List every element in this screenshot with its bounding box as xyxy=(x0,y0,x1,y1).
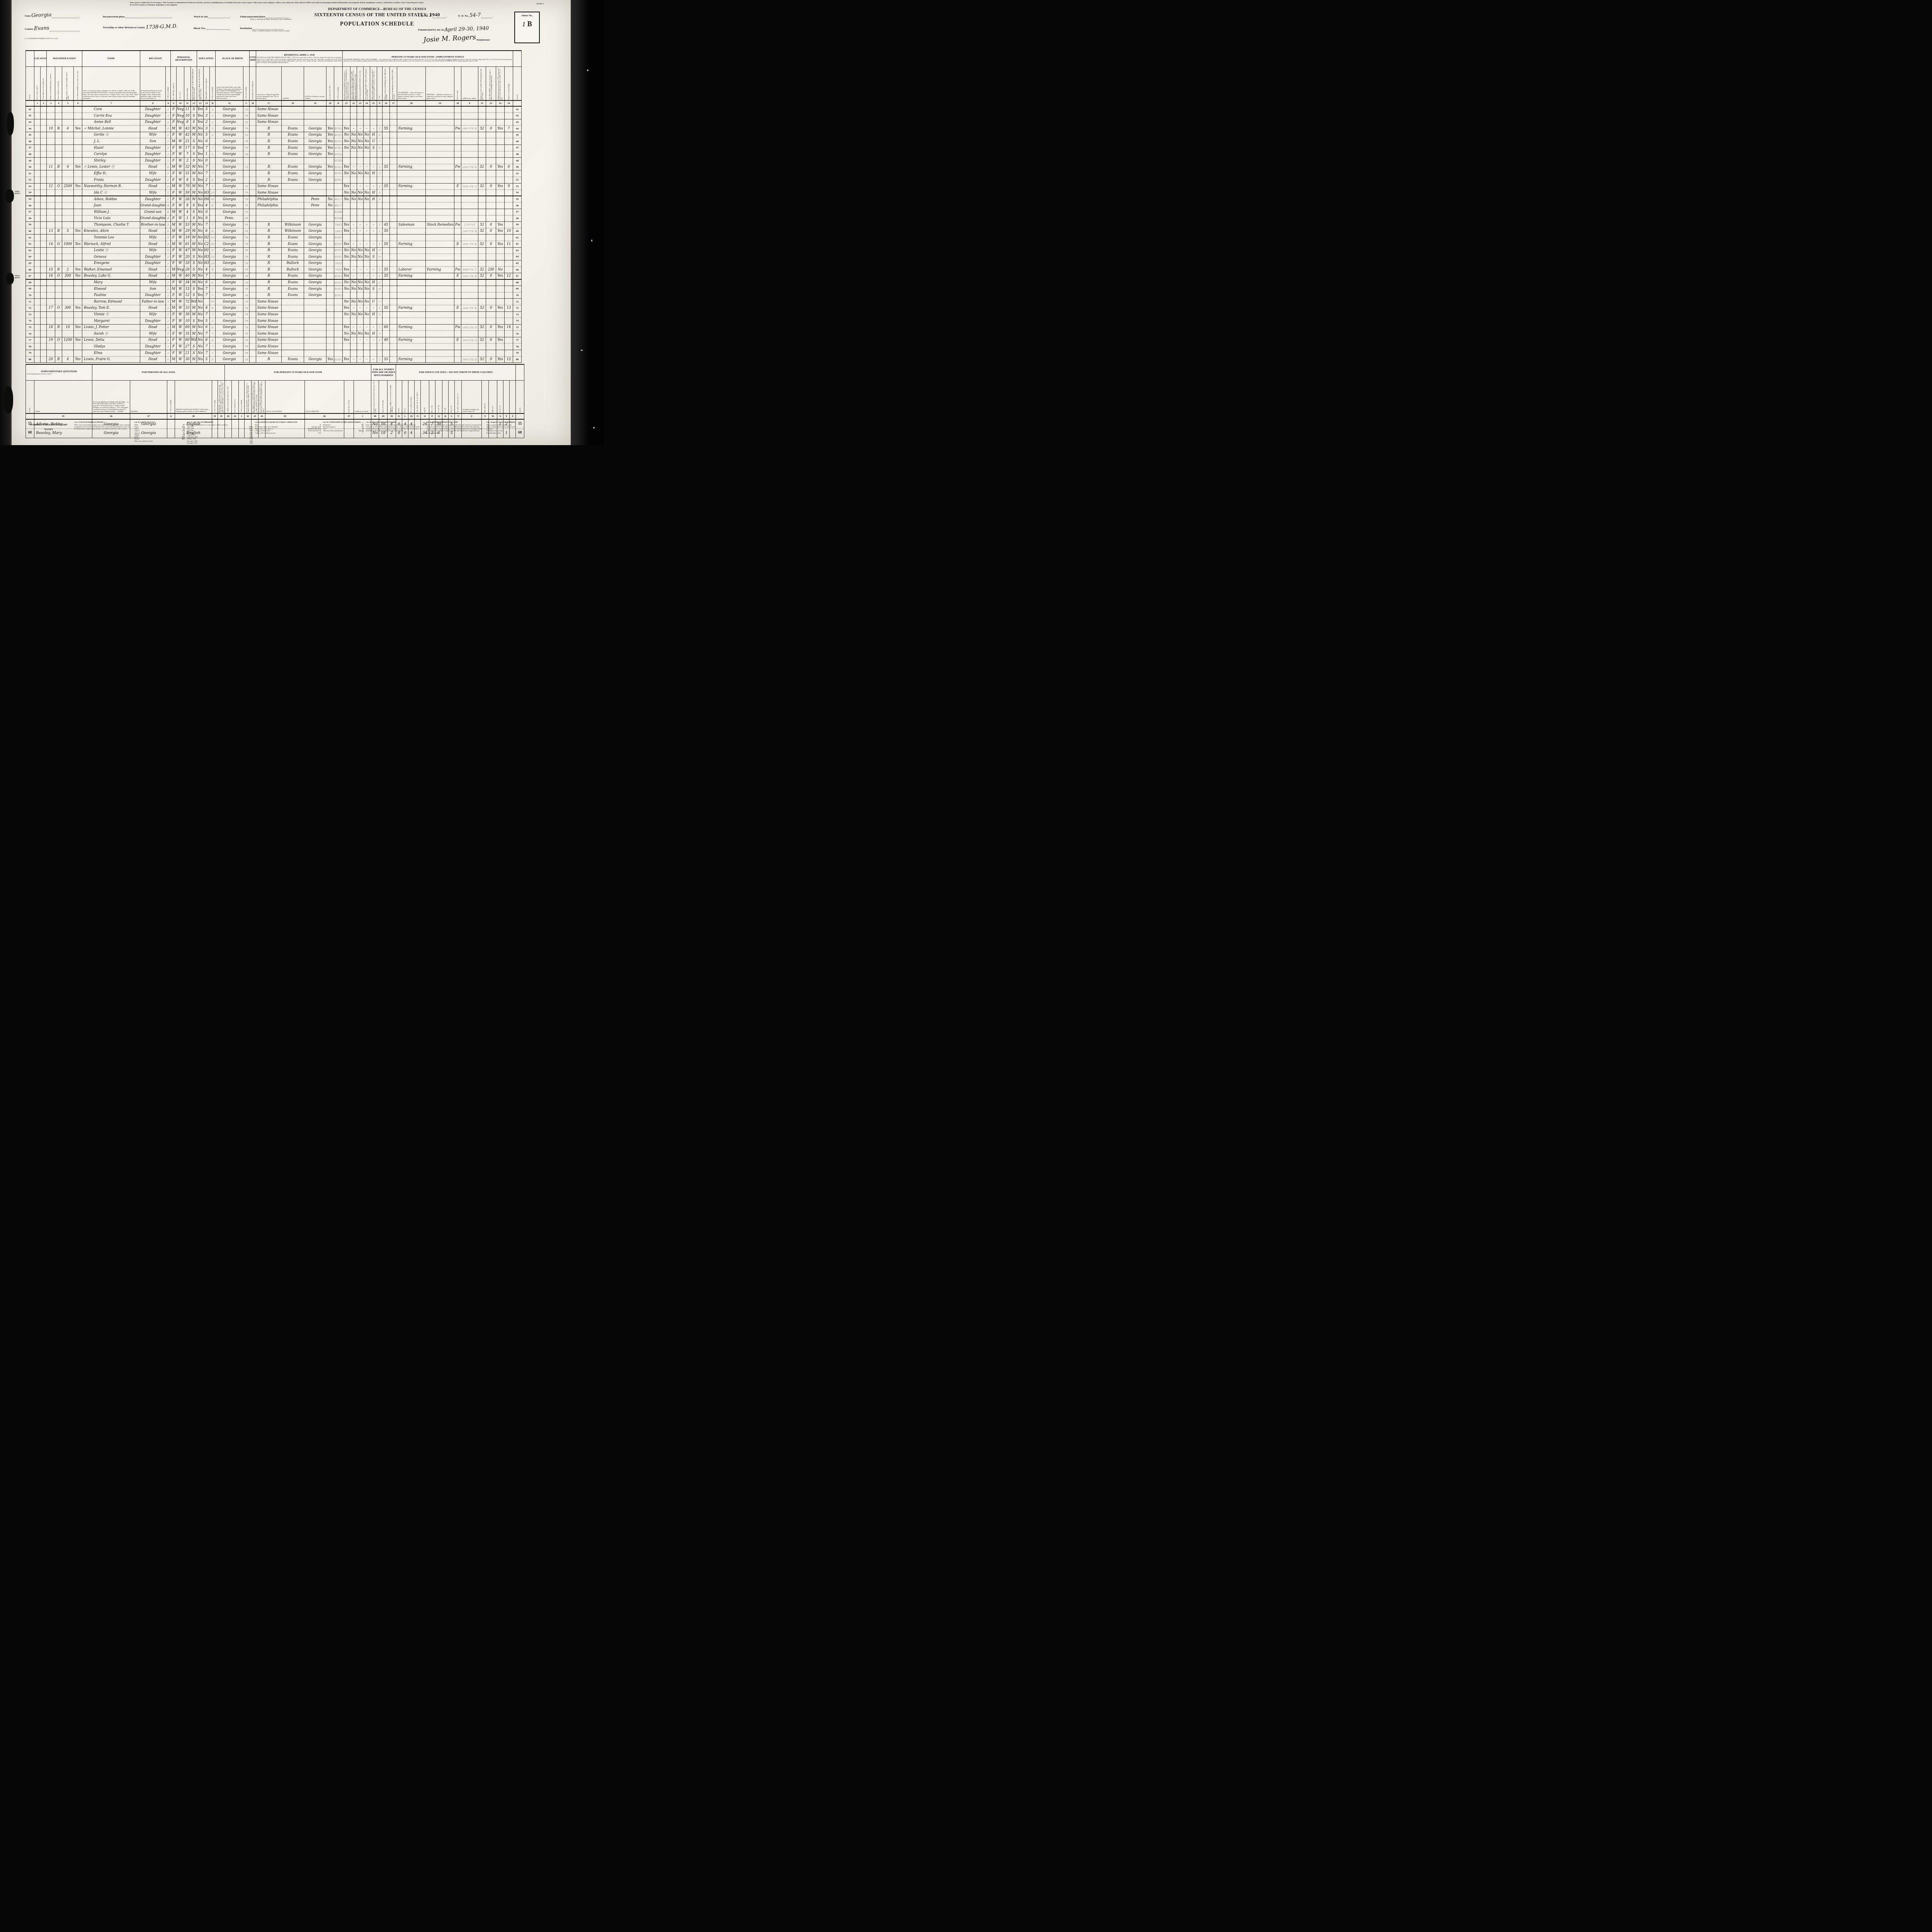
cell-cF: 270701 xyxy=(461,222,478,228)
cell-hh xyxy=(47,286,55,293)
cell-name: Beasley, Tom E. xyxy=(82,305,140,311)
cell-hh xyxy=(47,209,55,216)
cell-fs xyxy=(505,202,513,209)
cell-ten xyxy=(55,151,62,158)
cell-bpc: 78 xyxy=(243,138,250,145)
column-desc-s42: SOCIAL SECURITY — Does this person have … xyxy=(245,381,252,414)
cell-house xyxy=(41,138,47,145)
cell-rD xyxy=(334,305,343,311)
cell-wE xyxy=(377,113,383,119)
column-number-22: 22 xyxy=(350,100,357,106)
cell-r18 xyxy=(282,299,304,305)
cell-relc: 2 xyxy=(166,145,171,151)
cell-rD: 7843 xyxy=(334,222,343,228)
cell-occ xyxy=(397,106,426,113)
cell-inc xyxy=(496,215,505,222)
cell-name: Lewis, Fraire G. xyxy=(82,356,140,363)
enumeration-date-field: Enumerated by me on April 29-30, 1940 xyxy=(418,26,489,32)
cell-lnr: 44 xyxy=(513,126,522,132)
cell-inc: Yes xyxy=(496,228,505,235)
cell-w24: – xyxy=(364,126,370,132)
cell-cF xyxy=(461,202,478,209)
cell-ten: O xyxy=(55,273,62,279)
cell-cit xyxy=(250,286,256,293)
cell-r19: Georgia xyxy=(304,279,327,286)
column-desc-m49: Age at first marriage xyxy=(379,381,388,414)
cell-hrs xyxy=(383,344,390,350)
unincorporated-label: Unincorporated place xyxy=(240,15,265,18)
cell-val xyxy=(62,299,74,305)
cell-w24: – xyxy=(364,324,370,331)
cell-relc: 2 xyxy=(166,106,171,113)
cell-bpc: 78 xyxy=(243,228,250,235)
cell-w24 xyxy=(364,215,370,222)
cell-grdc: 4 xyxy=(210,202,216,209)
cell-cit xyxy=(250,222,256,228)
cell-bpc: 58 xyxy=(243,215,250,222)
column-desc-rel: Relationship of this person to the head … xyxy=(140,67,166,101)
column-number-45: 45 xyxy=(265,413,305,419)
cell-ten xyxy=(55,202,62,209)
cell-r18: Evans xyxy=(282,241,304,247)
cell-w21: Yes xyxy=(343,164,350,170)
cell-rD: 7843 xyxy=(334,228,343,235)
cell-w24: No xyxy=(364,286,370,293)
cell-sex: M xyxy=(171,305,177,311)
cell-name: J. L. xyxy=(82,138,140,145)
cell-cF xyxy=(461,350,478,357)
cell-mar: S xyxy=(191,145,197,151)
cell-occ xyxy=(397,158,426,164)
column-number-24: 24 xyxy=(364,100,370,106)
scan-speck xyxy=(587,70,588,71)
cell-age: 29 xyxy=(184,228,191,235)
cell-ind xyxy=(426,202,454,209)
cell-wks xyxy=(478,318,486,325)
cell-w22 xyxy=(350,151,357,158)
column-number-40: 40 xyxy=(225,413,232,419)
cell-age: 20 xyxy=(184,254,191,260)
cell-sch: No xyxy=(197,311,204,318)
cell-bp: Georgia xyxy=(216,331,243,337)
cell-w24 xyxy=(364,151,370,158)
cell-col: W xyxy=(177,305,184,311)
cell-bpc: 78 xyxy=(243,267,250,273)
cell-r19: Georgia xyxy=(304,260,327,267)
cell-wE xyxy=(377,235,383,241)
cell-w25: – xyxy=(370,305,377,311)
cell-sex: M xyxy=(171,286,177,293)
cell-ten xyxy=(55,299,62,305)
column-number-A: A xyxy=(166,100,171,106)
cell-r18 xyxy=(282,305,304,311)
scan-blot xyxy=(4,386,13,413)
cell-bpc xyxy=(243,170,250,177)
cell-occ xyxy=(397,177,426,184)
cell-farm xyxy=(74,209,82,216)
record-row-47: 47HazelDaughter2FW17SYes77Georgia78REvan… xyxy=(26,145,522,151)
cell-col: Neg xyxy=(177,119,184,126)
cell-relc: 4 xyxy=(166,209,171,216)
cell-cls: Pw xyxy=(454,222,461,228)
cell-wE xyxy=(377,209,383,216)
cell-sex: M xyxy=(171,138,177,145)
cell-wks xyxy=(478,196,486,202)
column-desc-col: Color or race xyxy=(177,67,184,101)
cell-col: W xyxy=(177,356,184,363)
cell-inc xyxy=(496,177,505,184)
column-desc-Z xyxy=(510,381,516,414)
cell-rel: Head xyxy=(140,305,166,311)
cell-w23: No xyxy=(357,170,364,177)
cell-dur xyxy=(390,247,397,254)
cell-rD xyxy=(334,113,343,119)
cell-rel: Daughter xyxy=(140,106,166,113)
record-row-60: 6013R5YesKnowles, AltonHead0MW29MNo66Geo… xyxy=(26,228,522,235)
cell-ln: 56 xyxy=(26,202,34,209)
cell-name: ✓ Mitchel, Lonnie xyxy=(82,126,140,132)
cell-lnr: 62 xyxy=(513,241,522,247)
group-header: RESIDENCE, APRIL 1, 1935IN WHAT PLACE DI… xyxy=(256,51,343,67)
cell-r20 xyxy=(327,158,334,164)
cell-ind xyxy=(426,190,454,196)
cell-mar: S xyxy=(191,202,197,209)
cell-cit xyxy=(250,299,256,305)
cell-rD: XOV3 xyxy=(334,292,343,299)
cell-rel: Daughter xyxy=(140,196,166,202)
cell-sch: No xyxy=(197,196,204,202)
cell-w25 xyxy=(370,202,377,209)
cell-r19 xyxy=(304,305,327,311)
cell-wag: 0 xyxy=(486,324,496,331)
cell-fs: 12 xyxy=(505,273,513,279)
cell-cls xyxy=(454,151,461,158)
cell-street xyxy=(34,183,41,190)
footnote-block-8: Cols. 30 and 47. CLASS OF WORKER:Wage or… xyxy=(486,421,528,444)
cell-dur xyxy=(390,126,397,132)
column-number-46: 46 xyxy=(305,413,344,419)
cell-house xyxy=(41,209,47,216)
cell-age: 7 xyxy=(184,151,191,158)
cell-wE: 5 xyxy=(377,190,383,196)
cell-street xyxy=(34,170,41,177)
cell-sex: F xyxy=(171,177,177,184)
column-desc-name: NAME xyxy=(34,381,92,414)
cell-sch: No xyxy=(197,164,204,170)
cell-wE: 5 xyxy=(377,331,383,337)
cell-ind xyxy=(426,209,454,216)
cell-grd: 7 xyxy=(204,145,210,151)
cell-grd: 7 xyxy=(204,170,210,177)
cell-col: W xyxy=(177,138,184,145)
cell-grdc: 8 xyxy=(210,305,216,311)
cell-cit xyxy=(250,228,256,235)
cell-wE: 7 xyxy=(377,138,383,145)
cell-ten xyxy=(55,344,62,350)
cell-mar: S xyxy=(191,254,197,260)
cell-ln: 50 xyxy=(26,164,34,170)
cell-r17: R xyxy=(256,241,282,247)
record-row-77: 7719O1200YesLewis, DeliaHead0FW60WdNo66G… xyxy=(26,337,522,344)
column-desc-val: Value of home, if owned, or monthly rent… xyxy=(62,67,74,101)
cell-w22: No xyxy=(350,196,357,202)
cell-name: Warnock, Alfred xyxy=(82,241,140,247)
cell-w21 xyxy=(343,260,350,267)
cell-hrs xyxy=(383,350,390,357)
cell-sch: No xyxy=(197,260,204,267)
cell-ind xyxy=(426,318,454,325)
cell-rD: XOXX xyxy=(334,215,343,222)
cell-relc: 3 xyxy=(166,299,171,305)
column-number-16: 16 xyxy=(250,100,256,106)
column-desc-L: V-R (5) xyxy=(402,381,408,414)
cell-ln: 78 xyxy=(26,344,34,350)
cell-rel: Head xyxy=(140,324,166,331)
institution-field: Institution (Name of institution and lin… xyxy=(240,26,302,32)
cell-lnr: 56 xyxy=(513,202,522,209)
cell-wag xyxy=(486,299,496,305)
cell-w23: No xyxy=(357,190,364,196)
cell-hh xyxy=(47,138,55,145)
cell-inc xyxy=(496,113,505,119)
cell-rel: Head xyxy=(140,183,166,190)
cell-w21: Yes xyxy=(343,241,350,247)
cell-w24 xyxy=(364,318,370,325)
cell-sex: F xyxy=(171,247,177,254)
cell-r18: Evans xyxy=(282,132,304,138)
cell-hh xyxy=(47,344,55,350)
cell-cit xyxy=(250,331,256,337)
cell-occ: Farming xyxy=(397,241,426,247)
cell-r19 xyxy=(304,324,327,331)
cell-street xyxy=(34,356,41,363)
cell-street xyxy=(34,235,41,241)
cell-sch: Yes xyxy=(197,177,204,184)
sheet-number-box: Sheet No. 1 B xyxy=(514,12,540,43)
cell-name: Carolyn xyxy=(82,151,140,158)
cell-hrs xyxy=(383,331,390,337)
cell-cls xyxy=(454,311,461,318)
cell-wag xyxy=(486,260,496,267)
cell-ind xyxy=(426,311,454,318)
cell-bpc: 78 xyxy=(243,337,250,344)
cell-wks xyxy=(478,138,486,145)
cell-cls xyxy=(454,138,461,145)
cell-fs xyxy=(505,260,513,267)
cell-street xyxy=(34,145,41,151)
cell-lnr: 65 xyxy=(513,260,522,267)
column-desc-occ: OCCUPATION — Trade, profession, or parti… xyxy=(397,67,426,101)
cell-occ xyxy=(397,145,426,151)
cell-occ xyxy=(397,286,426,293)
ed-field: E. D. No. 54-7 xyxy=(458,12,492,18)
cell-relc: 2 xyxy=(166,113,171,119)
cell-farm xyxy=(74,331,82,337)
cell-w23: – xyxy=(357,305,364,311)
cell-bpc xyxy=(243,158,250,164)
cell-sch: No xyxy=(197,324,204,331)
cell-fs xyxy=(505,138,513,145)
cell-wE: 1 xyxy=(377,324,383,331)
cell-name: Geneva xyxy=(82,254,140,260)
cell-street xyxy=(34,209,41,216)
cell-grd: 2 xyxy=(204,119,210,126)
cell-val: 300 xyxy=(62,305,74,311)
cell-cF xyxy=(461,119,478,126)
sheet-number-label: Sheet No. xyxy=(515,14,539,17)
cell-lnr: 77 xyxy=(513,337,522,344)
column-number-28: 28 xyxy=(397,100,426,106)
cell-cit xyxy=(250,215,256,222)
cell-w22: – xyxy=(350,228,357,235)
cell-house xyxy=(41,170,47,177)
cell-r20: Yes xyxy=(327,164,334,170)
cell-house xyxy=(41,222,47,228)
cell-w24: No xyxy=(364,145,370,151)
footnote-code-pair: Unpaid family workerNP xyxy=(486,432,528,434)
cell-w25 xyxy=(370,151,377,158)
cell-bpc: 78 xyxy=(243,196,250,202)
column-number-2: 2 xyxy=(41,100,47,106)
cell-w25: – xyxy=(370,337,377,344)
cell-w23 xyxy=(357,344,364,350)
cell-cF xyxy=(461,113,478,119)
cell-grdc: 7 xyxy=(210,164,216,170)
cell-grdc: 7 xyxy=(210,145,216,151)
cell-rD xyxy=(334,299,343,305)
cell-bp: Georgia xyxy=(216,324,243,331)
cell-r19 xyxy=(304,318,327,325)
cell-cit xyxy=(250,292,256,299)
cell-r19 xyxy=(304,113,327,119)
cell-w25: S xyxy=(370,254,377,260)
column-number-Q: Q xyxy=(435,413,442,419)
cell-hh xyxy=(47,318,55,325)
cell-street xyxy=(34,132,41,138)
cell-col: W xyxy=(177,254,184,260)
cell-wks xyxy=(478,209,486,216)
cell-age: 30 xyxy=(184,356,191,363)
column-number-3: 3 xyxy=(47,100,55,106)
cell-sch: No xyxy=(197,158,204,164)
cell-inc xyxy=(496,350,505,357)
cell-grdc: 90 xyxy=(210,299,216,305)
cell-farm xyxy=(74,344,82,350)
cell-w21: Yes xyxy=(343,324,350,331)
cell-grd: 5 xyxy=(204,318,210,325)
cell-relc: 4 xyxy=(166,215,171,222)
cell-w23: – xyxy=(357,222,364,228)
cell-sex: F xyxy=(171,279,177,286)
cell-sex: F xyxy=(171,318,177,325)
footnote-body: Enter “Yes” for a person (not seeking wo… xyxy=(426,424,484,434)
cell-cls xyxy=(454,344,461,350)
cell-hrs xyxy=(383,279,390,286)
cell-w25 xyxy=(370,292,377,299)
cell-ln: 72 xyxy=(26,305,34,311)
cell-r20 xyxy=(327,305,334,311)
cell-bp: Georgia xyxy=(216,292,243,299)
footnote-code-pair: College, 5th or subsequent yearC-5 xyxy=(255,432,321,434)
cell-col: W xyxy=(177,292,184,299)
cell-rD: XOV2 xyxy=(334,170,343,177)
cell-ten xyxy=(55,331,62,337)
column-desc-name: Name of each person whose usual place of… xyxy=(82,67,140,101)
cell-farm xyxy=(74,222,82,228)
column-number-35: 35 xyxy=(34,413,92,419)
cell-street xyxy=(34,350,41,357)
record-row-75: 7518R10YesLewis, J. PotterHead0MW60MNo66… xyxy=(26,324,522,331)
cell-r20 xyxy=(327,113,334,119)
cell-lnr: 43 xyxy=(513,119,522,126)
column-number-ln xyxy=(26,100,34,106)
column-number-P: P xyxy=(429,413,435,419)
cell-inc xyxy=(496,132,505,138)
county-field: County Evans xyxy=(25,26,80,31)
column-desc-v41: War or military service xyxy=(232,381,239,414)
cell-cls xyxy=(454,158,461,164)
cell-r20 xyxy=(327,337,334,344)
cell-mar: M xyxy=(191,164,197,170)
cell-cF: 000 VV 4 xyxy=(461,228,478,235)
cell-ind xyxy=(426,132,454,138)
cell-ln: 57 xyxy=(26,209,34,216)
cell-cit xyxy=(250,106,256,113)
cell-cls xyxy=(454,235,461,241)
cell-wks: 52 xyxy=(478,222,486,228)
cell-col: W xyxy=(177,318,184,325)
column-desc-W: Wages (32) xyxy=(489,381,497,414)
cell-sex: M xyxy=(171,164,177,170)
cell-rel: Daughter xyxy=(140,158,166,164)
cell-farm xyxy=(74,235,82,241)
cell-fs xyxy=(505,279,513,286)
cell-dur xyxy=(390,344,397,350)
cell-street xyxy=(34,222,41,228)
cell-inc xyxy=(496,311,505,318)
cell-val xyxy=(62,106,74,113)
record-row-65: 65EmogeneDaughter2FW18SNoH320Georgia78RB… xyxy=(26,260,522,267)
cell-r18 xyxy=(282,324,304,331)
cell-ten: R xyxy=(55,356,62,363)
cell-dur xyxy=(390,215,397,222)
cell-hh xyxy=(47,235,55,241)
cell-grd: 5 xyxy=(204,106,210,113)
cell-cit xyxy=(250,151,256,158)
cell-sch: No xyxy=(197,273,204,279)
cell-w21: Yes xyxy=(343,126,350,132)
cell-relc: 1 xyxy=(166,235,171,241)
township-field: Township or other division of county 173… xyxy=(103,24,184,30)
cell-occ xyxy=(397,215,426,222)
cell-fs xyxy=(505,235,513,241)
cell-r18 xyxy=(282,202,304,209)
record-row-63: 63Lestie ⓧWife1FW47MNoH19Georgia78REvans… xyxy=(26,247,522,254)
cell-r18: Bullock xyxy=(282,267,304,273)
cell-dur xyxy=(390,151,397,158)
cell-grdc: 7 xyxy=(210,350,216,357)
cell-wks: 52 xyxy=(478,183,486,190)
cell-w22: No xyxy=(350,311,357,318)
cell-fs xyxy=(505,209,513,216)
cell-occ xyxy=(397,196,426,202)
cell-name: Carrie Eva xyxy=(82,113,140,119)
cell-w22 xyxy=(350,177,357,184)
cell-occ xyxy=(397,344,426,350)
column-number-49: 49 xyxy=(379,413,388,419)
cell-r18 xyxy=(282,113,304,119)
cell-ln: 65 xyxy=(26,260,34,267)
